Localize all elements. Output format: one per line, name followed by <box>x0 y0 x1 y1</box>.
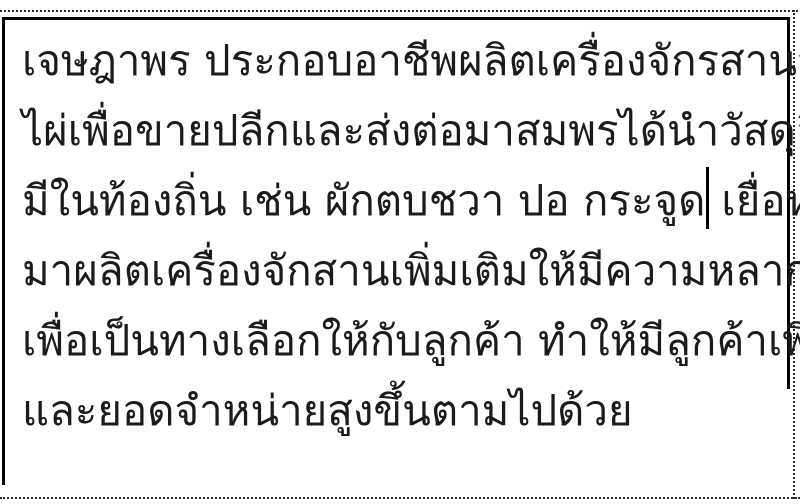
table-gridline-top <box>0 10 798 12</box>
text-line-6[interactable]: และยอดจำหน่ายสูงขึ้นตามไปด้วย <box>22 376 772 446</box>
text-after-caret: เยื่อหวาย <box>721 176 800 225</box>
text-line-2[interactable]: ไผ่เพื่อขายปลีกและส่งต่อมาสมพรได้นำวัสดุ… <box>22 96 772 166</box>
table-gridline-bottom <box>0 497 800 499</box>
text-line-3[interactable]: มีในท้องถิ่น เช่น ผักตบชวา ปอ กระจูดเยื่… <box>22 166 772 236</box>
text-line-4[interactable]: มาผลิตเครื่องจักสานเพิ่มเติมให้มีความหลา… <box>22 236 772 306</box>
editable-text-area[interactable]: เจษฎาพร ประกอบอาชีพผลิตเครื่องจักรสานจาก… <box>22 26 772 446</box>
text-line-1[interactable]: เจษฎาพร ประกอบอาชีพผลิตเครื่องจักรสานจาก… <box>22 26 772 96</box>
text-line-5[interactable]: เพื่อเป็นทางเลือกให้กับลูกค้า ทำให้มีลูก… <box>22 306 772 376</box>
text-caret <box>706 167 709 229</box>
text-before-caret: มีในท้องถิ่น เช่น ผักตบชวา ปอ กระจูด <box>22 176 705 225</box>
